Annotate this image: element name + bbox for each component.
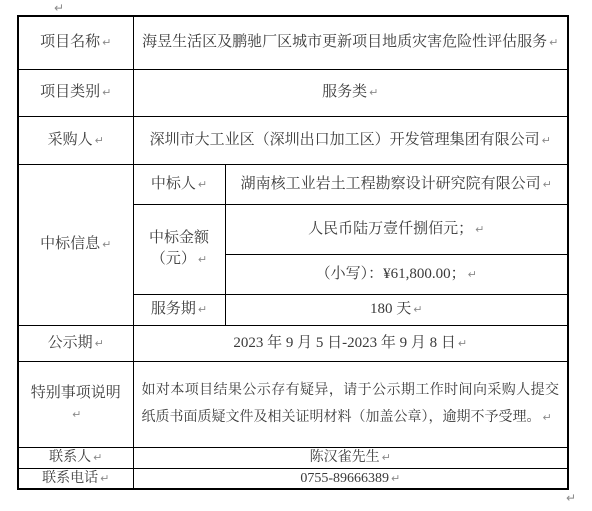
paragraph-mark: ↵	[198, 178, 207, 191]
paragraph-mark: ↵	[54, 1, 64, 15]
bid-info-label: 中标信息	[40, 236, 100, 252]
purchaser-value: 深圳市大工业区（深圳出口加工区）开发管理集团有限公司	[150, 132, 540, 148]
project-category-value-cell: 服务类↵ ↵	[133, 69, 568, 116]
paragraph-mark: ↵	[382, 451, 391, 464]
paragraph-mark: ↵	[72, 408, 81, 421]
contact-person-label: 联系人	[49, 450, 91, 465]
row-project-category: 项目类别↵ 服务类↵ ↵	[18, 69, 568, 116]
paragraph-mark: ↵	[93, 451, 102, 464]
row-publicity-period: 公示期↵ 2023 年 9 月 5 日-2023 年 9 月 8 日↵ ↵	[18, 325, 568, 361]
bid-winner-value: 湖南核工业岩土工程勘察设计研究院有限公司	[241, 176, 541, 192]
row-project-name: 项目名称↵ 海昱生活区及鹏驰厂区城市更新项目地质灾害危险性评估服务↵ ↵	[18, 16, 568, 69]
contact-phone-label: 联系电话	[42, 471, 98, 486]
bid-winner-value-cell: 湖南核工业岩土工程勘察设计研究院有限公司↵ ↵	[225, 164, 568, 204]
row-contact-phone: 联系电话↵ 0755-89666389↵ ↵	[18, 468, 568, 489]
paragraph-mark: ↵	[369, 86, 378, 99]
project-name-value: 海昱生活区及鹏驰厂区城市更新项目地质灾害危险性评估服务	[142, 34, 547, 50]
paragraph-mark: ↵	[543, 411, 552, 424]
special-notes-value-cell: 如对本项目结果公示存有疑异，请于公示期工作时间向采购人提交纸质书面质疑文件及相关…	[133, 361, 568, 447]
service-period-label-cell: 服务期↵	[133, 294, 225, 325]
paragraph-mark: ↵	[549, 36, 558, 49]
paragraph-mark: ↵	[102, 36, 111, 49]
document-page: ↵ 项目名称↵ 海昱生活区及鹏驰厂区城市更新项目地质灾害危险性评估服务↵ ↵ 项…	[0, 0, 592, 511]
bid-amount-label-cell: 中标金额 （元）↵	[133, 204, 225, 294]
project-name-label-cell: 项目名称↵	[18, 16, 133, 69]
bid-amount-words-cell: 人民币陆万壹仟捌佰元；↵ ↵	[225, 204, 568, 254]
service-period-value-cell: 180 天↵ ↵	[225, 294, 568, 325]
paragraph-mark: ↵	[391, 472, 400, 485]
paragraph-mark: ↵	[413, 303, 422, 316]
paragraph-mark: ↵	[475, 223, 484, 236]
contact-phone-value-cell: 0755-89666389↵ ↵	[133, 468, 568, 489]
row-special-notes: 特别事项说明↵ 如对本项目结果公示存有疑异，请于公示期工作时间向采购人提交纸质书…	[18, 361, 568, 447]
paragraph-mark: ↵	[102, 238, 111, 251]
paragraph-mark: ↵	[100, 472, 109, 485]
row-purchaser: 采购人↵ 深圳市大工业区（深圳出口加工区）开发管理集团有限公司↵ ↵	[18, 116, 568, 164]
publicity-period-value-cell: 2023 年 9 月 5 日-2023 年 9 月 8 日↵ ↵	[133, 325, 568, 361]
bid-amount-words: 人民币陆万壹仟捌佰元；	[308, 221, 473, 237]
paragraph-mark: ↵	[102, 86, 111, 99]
contact-phone-label-cell: 联系电话↵	[18, 468, 133, 489]
bid-amount-figures: （小写）：¥61,800.00；	[316, 266, 466, 282]
paragraph-mark: ↵	[95, 134, 104, 147]
bid-info-label-cell: 中标信息↵	[18, 164, 133, 325]
service-period-label: 服务期	[151, 301, 196, 317]
bid-result-announcement-table: 项目名称↵ 海昱生活区及鹏驰厂区城市更新项目地质灾害危险性评估服务↵ ↵ 项目类…	[17, 15, 569, 490]
purchaser-label: 采购人	[48, 132, 93, 148]
bid-amount-figures-cell: （小写）：¥61,800.00；↵ ↵	[225, 254, 568, 294]
bid-amount-label-line2: （元）↵	[142, 249, 217, 270]
project-category-label-cell: 项目类别↵	[18, 69, 133, 116]
paragraph-mark: ↵	[458, 337, 467, 350]
project-name-label: 项目名称	[40, 34, 100, 50]
publicity-period-label: 公示期	[48, 335, 93, 351]
paragraph-mark: ↵	[468, 268, 477, 281]
paragraph-mark: ↵	[566, 491, 576, 505]
bid-winner-label: 中标人	[151, 176, 196, 192]
contact-person-value: 陈汉雀先生	[310, 450, 380, 465]
publicity-period-value: 2023 年 9 月 5 日-2023 年 9 月 8 日	[233, 335, 456, 351]
row-bid-winner: 中标信息↵ 中标人↵ 湖南核工业岩土工程勘察设计研究院有限公司↵ ↵	[18, 164, 568, 204]
project-category-label: 项目类别	[40, 84, 100, 100]
paragraph-mark: ↵	[542, 134, 551, 147]
bid-winner-label-cell: 中标人↵	[133, 164, 225, 204]
special-notes-label-cell: 特别事项说明↵	[18, 361, 133, 447]
special-notes-label: 特别事项说明	[31, 385, 121, 401]
service-period-value: 180 天	[370, 301, 411, 317]
special-notes-value: 如对本项目结果公示存有疑异，请于公示期工作时间向采购人提交纸质书面质疑文件及相关…	[142, 383, 560, 425]
contact-person-value-cell: 陈汉雀先生↵ ↵	[133, 447, 568, 468]
contact-phone-value: 0755-89666389	[300, 471, 389, 486]
row-contact-person: 联系人↵ 陈汉雀先生↵ ↵	[18, 447, 568, 468]
bid-amount-label-line1: 中标金额	[142, 228, 217, 249]
project-name-value-cell: 海昱生活区及鹏驰厂区城市更新项目地质灾害危险性评估服务↵ ↵	[133, 16, 568, 69]
paragraph-mark: ↵	[198, 253, 207, 266]
project-category-value: 服务类	[322, 84, 367, 100]
contact-person-label-cell: 联系人↵	[18, 447, 133, 468]
paragraph-mark: ↵	[543, 178, 552, 191]
paragraph-mark: ↵	[198, 303, 207, 316]
publicity-period-label-cell: 公示期↵	[18, 325, 133, 361]
purchaser-value-cell: 深圳市大工业区（深圳出口加工区）开发管理集团有限公司↵ ↵	[133, 116, 568, 164]
paragraph-mark: ↵	[95, 337, 104, 350]
purchaser-label-cell: 采购人↵	[18, 116, 133, 164]
